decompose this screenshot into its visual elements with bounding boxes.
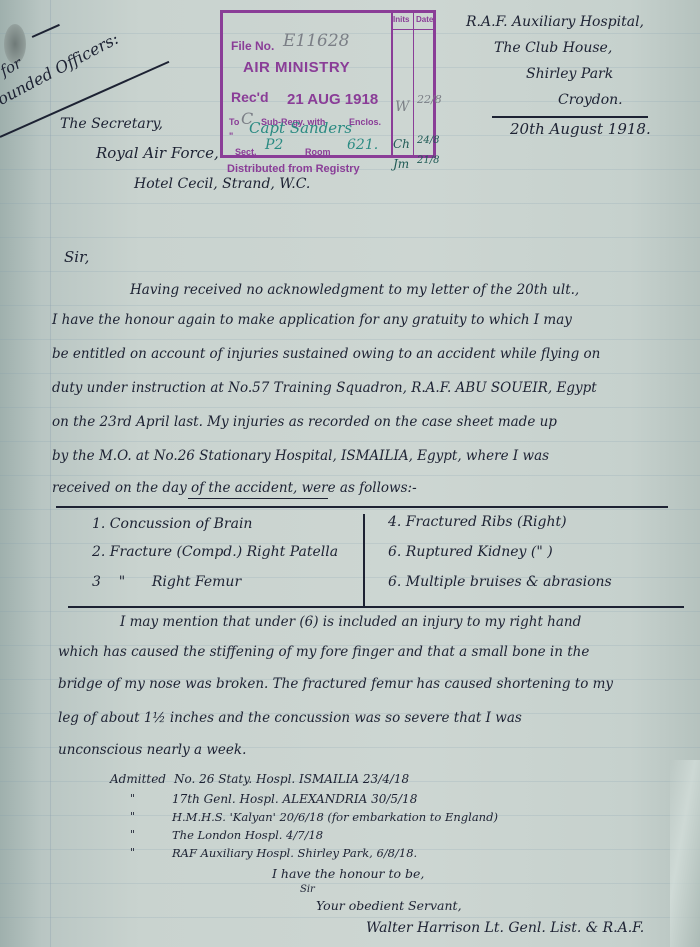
paragraph1-line: Having received no acknowledgment to my … xyxy=(130,282,579,298)
stamp-room-label: Room xyxy=(305,147,331,157)
admission-prefix: " xyxy=(130,792,135,805)
paragraph1-line: received on the day of the accident, wer… xyxy=(52,480,417,496)
stamp-entry-initials: W xyxy=(395,99,409,115)
stamp-sect-value: P2 xyxy=(265,137,283,153)
margin-rule xyxy=(50,0,51,947)
admission-prefix: Admitted xyxy=(110,772,166,786)
air-ministry-stamp: Inits Date File No. E11628 AIR MINISTRY … xyxy=(220,10,436,158)
paragraph2-line: which has caused the stiffening of my fo… xyxy=(58,644,589,660)
paragraph1-line: I have the honour again to make applicat… xyxy=(52,312,572,328)
admission-entry: The London Hospl. 4/7/18 xyxy=(172,828,323,842)
stamp-entry-initials: Jm xyxy=(393,157,409,171)
closing-sir: Sir xyxy=(300,884,315,895)
admission-entry: H.M.H.S. 'Kalyan' 20/6/18 (for embarkati… xyxy=(172,810,498,824)
injury-item: 6. Ruptured Kidney (" ) xyxy=(388,544,553,560)
accident-underline xyxy=(188,498,328,499)
injury-item: 2. Fracture (Compd.) Right Patella xyxy=(92,544,338,560)
corner-rule-top xyxy=(32,24,60,38)
date-rule xyxy=(492,116,648,118)
sender-address-line2: The Club House, xyxy=(494,40,612,56)
paragraph1-line: duty under instruction at No.57 Training… xyxy=(52,380,597,396)
sender-address-line4: Croydon. xyxy=(558,92,623,108)
signature: Walter Harrison Lt. Genl. List. & R.A.F. xyxy=(366,920,644,936)
admission-prefix: " xyxy=(130,828,135,841)
sender-address-line3: Shirley Park xyxy=(526,66,613,82)
letter-page: s for ounded Officers: Inits Date File N… xyxy=(0,0,700,947)
paragraph2-line: I may mention that under (6) is included… xyxy=(120,614,581,630)
letter-date: 20th August 1918. xyxy=(510,120,651,138)
stamp-entry-initials: Ch xyxy=(393,137,410,151)
stamp-title: AIR MINISTRY xyxy=(243,59,350,76)
stamp-entry-date: 22/8 xyxy=(417,93,442,106)
paper-fold-edge xyxy=(670,760,700,947)
stamp-col-date-label: Date xyxy=(416,15,433,24)
sender-address-line1: R.A.F. Auxiliary Hospital, xyxy=(466,14,644,30)
paragraph1-line: on the 23rd April last. My injuries as r… xyxy=(52,414,557,430)
stamp-recd-date: 21 AUG 1918 xyxy=(287,91,378,108)
stamp-entry-date: 24/8 xyxy=(417,135,439,146)
injury-item: 3 " Right Femur xyxy=(92,574,241,590)
stamp-file-no-label: File No. xyxy=(231,39,274,53)
paragraph1-line: be entitled on account of injuries susta… xyxy=(52,346,600,362)
stamp-to-label: To xyxy=(229,117,239,127)
injury-item: 1. Concussion of Brain xyxy=(92,516,252,532)
stamp-room-value: 621. xyxy=(347,137,378,153)
stamp-entry-date: 21/8 xyxy=(417,155,439,166)
stamp-enclos-label: Enclos. xyxy=(349,117,381,127)
injuries-divider xyxy=(363,514,365,606)
recipient-line2: Royal Air Force, xyxy=(96,144,219,162)
admission-entry: 17th Genl. Hospl. ALEXANDRIA 30/5/18 xyxy=(172,792,417,806)
injuries-bottom-rule xyxy=(68,606,684,608)
paragraph1-line: by the M.O. at No.26 Stationary Hospital… xyxy=(52,448,549,464)
admission-entry: No. 26 Staty. Hospl. ISMAILIA 23/4/18 xyxy=(174,772,409,786)
salutation: Sir, xyxy=(64,248,89,266)
admission-prefix: " xyxy=(130,846,135,859)
stamp-col-initials-label: Inits xyxy=(393,15,409,24)
stamp-recd-label: Rec'd xyxy=(231,89,269,105)
stamp-file-no-value: E11628 xyxy=(283,31,350,51)
closing-line1: I have the honour to be, xyxy=(272,866,424,881)
paragraph2-line: bridge of my nose was broken. The fractu… xyxy=(58,676,613,692)
paragraph2-line: leg of about 1½ inches and the concussio… xyxy=(58,710,522,726)
stamp-ditto-mark: " xyxy=(229,131,233,141)
recipient-line1: The Secretary, xyxy=(60,116,163,132)
stamp-divider xyxy=(391,13,393,155)
admission-prefix: " xyxy=(130,810,135,823)
paragraph2-line: unconscious nearly a week. xyxy=(58,742,246,758)
recipient-line3: Hotel Cecil, Strand, W.C. xyxy=(134,176,310,192)
injury-item: 4. Fractured Ribs (Right) xyxy=(388,514,567,530)
closing-line2: Your obedient Servant, xyxy=(316,898,462,913)
stamp-divider xyxy=(391,29,433,30)
stamp-sect-label: Sect. xyxy=(235,147,257,157)
injuries-top-rule xyxy=(56,506,668,508)
admission-entry: RAF Auxiliary Hospl. Shirley Park, 6/8/1… xyxy=(172,846,417,860)
stamp-recipient: Capt Sanders xyxy=(249,119,352,137)
stamp-divider xyxy=(413,13,414,155)
injury-item: 6. Multiple bruises & abrasions xyxy=(388,574,612,590)
stamp-distributed: Distributed from Registry xyxy=(227,163,360,175)
